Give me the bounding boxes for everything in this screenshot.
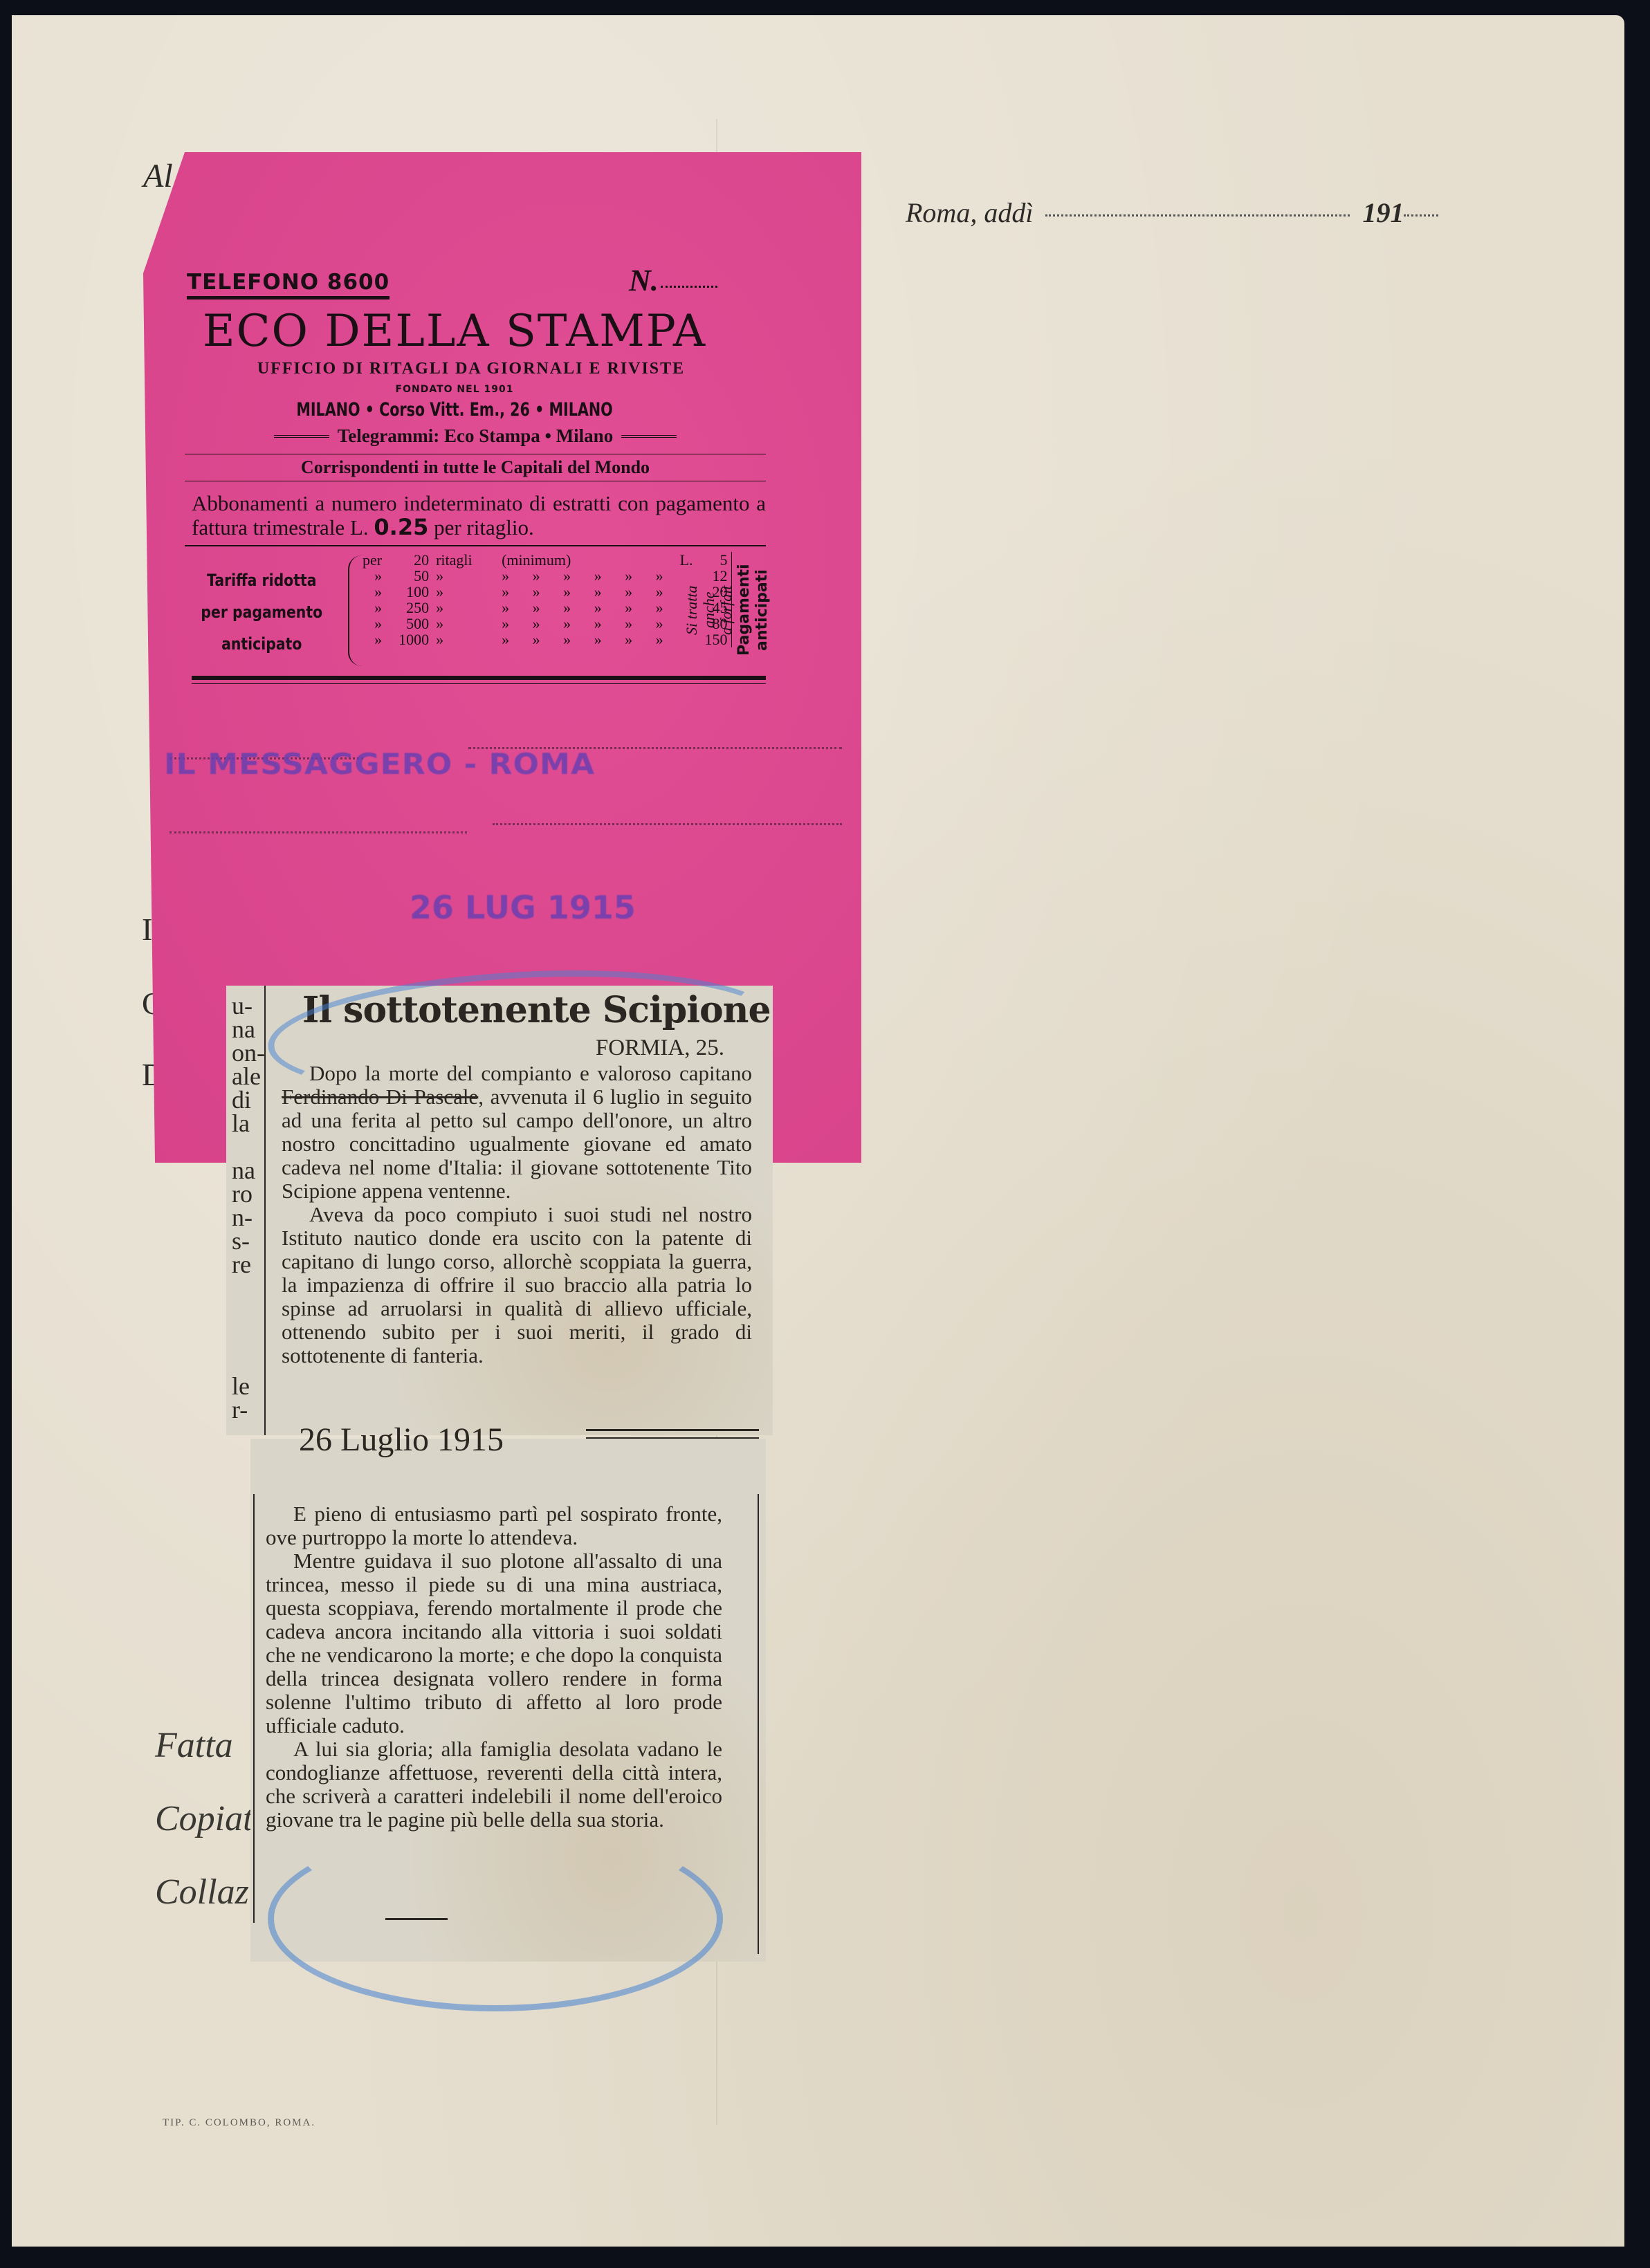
price-per-clipping: 0.25 — [374, 514, 428, 540]
number-label: N. — [629, 263, 659, 298]
divider — [185, 545, 766, 546]
rate-row: » 100 » » » » » » » 20 — [359, 584, 731, 600]
price-suffix: per ritaglio. — [434, 515, 534, 540]
telephone-number: TELEFONO 8600 — [187, 270, 389, 299]
rate-row: » 50 » » » » » » » 12 — [359, 568, 731, 584]
article-body: E pieno di entusiasmo partì pel sospirat… — [266, 1502, 722, 1832]
rate-note: (minimum) — [498, 552, 677, 568]
signature-label-fatta: Fatta — [155, 1725, 233, 1766]
rate-row: » 1000 » » » » » » » 150 — [359, 631, 731, 647]
blank-line — [169, 831, 467, 833]
date-line: Roma, addì 191 — [906, 196, 1438, 229]
article-body: Dopo la morte del compianto e valoroso c… — [282, 1062, 752, 1367]
rate-unit: » — [432, 584, 498, 600]
rate-quantity: 250 — [385, 600, 432, 616]
rate-label-line: per pagamento — [188, 596, 336, 628]
divider — [586, 1429, 759, 1431]
article-paragraph: A lui sia gloria; alla famiglia desolata… — [266, 1737, 722, 1832]
source-newspaper-stamp: IL MESSAGGERO - ROMA — [164, 747, 595, 781]
rate-row: » 250 » » » » » » » 45 — [359, 600, 731, 616]
rate-note: » » » » » » — [498, 568, 677, 584]
signature-label-collazionata: Collazi — [155, 1872, 259, 1912]
rate-quantity: 100 — [385, 584, 432, 600]
side-note-line: anche — [700, 552, 718, 668]
rate-unit: » — [432, 600, 498, 616]
addressee-label: Al — [143, 157, 173, 195]
rate-row: » 500 » » » » » » » 80 — [359, 616, 731, 631]
number-blank — [661, 286, 717, 288]
rate-prefix: » — [359, 568, 385, 584]
rate-row: per 20 ritagli (minimum) L. 5 — [359, 552, 731, 568]
rate-prefix: per — [359, 552, 385, 568]
rate-prefix: » — [359, 584, 385, 600]
side-note-line: Pagamenti — [735, 552, 753, 668]
issue-date: 26 Luglio 1915 — [299, 1421, 504, 1459]
fragment-text: la — [232, 1109, 250, 1138]
telegram-address: Telegrammi: Eco Stampa • Milano — [185, 425, 766, 447]
rate-quantity: 20 — [385, 552, 432, 568]
divider — [192, 683, 766, 684]
rate-quantity: 500 — [385, 616, 432, 631]
rate-note: » » » » » » — [498, 584, 677, 600]
fragment-text: re — [232, 1250, 251, 1279]
date-stamp: 26 LUG 1915 — [410, 889, 636, 926]
telegram-text: Telegrammi: Eco Stampa • Milano — [338, 425, 613, 446]
rate-quantity: 1000 — [385, 631, 432, 647]
rate-grid: per 20 ritagli (minimum) L. 5 » 50 » » »… — [359, 552, 732, 647]
rate-unit: » — [432, 616, 498, 631]
brand-subtitle: UFFICIO DI RITAGLI DA GIORNALI E RIVISTE — [181, 360, 762, 378]
newspaper-clipping-1: u- na on- ale di la na ro n- s- re le r-… — [226, 986, 773, 1435]
rate-note: » » » » » » — [498, 616, 677, 631]
year-prefix: 191 — [1362, 196, 1404, 229]
rate-prefix: » — [359, 600, 385, 616]
rate-unit: » — [432, 631, 498, 647]
article-paragraph: Mentre guidava il suo plotone all'assalt… — [266, 1549, 722, 1737]
side-note-line: a forfait — [717, 552, 735, 668]
rate-prefix: » — [359, 616, 385, 631]
brand-title: ECO DELLA STAMPA — [143, 306, 766, 357]
blank-line — [493, 823, 842, 825]
rate-prefix: » — [359, 631, 385, 647]
article-paragraph: Aveva da poco compiuto i suoi studi nel … — [282, 1203, 752, 1367]
blue-pencil-mark — [268, 1826, 723, 2011]
adjacent-column-fragment: u- na on- ale di la na ro n- s- re le r- — [226, 986, 266, 1435]
fragment-text: r- — [232, 1395, 248, 1424]
subscription-terms: Abbonamenti a numero indeterminato di es… — [192, 491, 766, 540]
column-rule — [253, 1494, 255, 1923]
rate-table: Tariffa ridotta per pagamento anticipato… — [185, 552, 766, 673]
founded-year: FONDATO NEL 1901 — [143, 384, 766, 395]
year-blank — [1404, 214, 1438, 216]
rate-unit: » — [432, 568, 498, 584]
newspaper-clipping-2: 26 Luglio 1915 E pieno di entusiasmo par… — [250, 1439, 766, 1962]
rate-unit: ritagli — [432, 552, 498, 568]
rate-note: » » » » » » — [498, 631, 677, 647]
rate-label-line: anticipato — [188, 628, 336, 660]
article-paragraph: E pieno di entusiasmo partì pel sospirat… — [266, 1502, 722, 1549]
rate-label: Tariffa ridotta per pagamento anticipato — [188, 564, 336, 660]
side-letter: I — [142, 911, 152, 948]
rate-quantity: 50 — [385, 568, 432, 584]
side-note-line: anticipati — [753, 552, 771, 668]
divider — [192, 676, 766, 680]
divider — [586, 1437, 759, 1439]
correspondents-line: Corrispondenti in tutte le Capitali del … — [185, 454, 766, 481]
printer-imprint: TIP. C. COLOMBO, ROMA. — [163, 2117, 315, 2129]
rate-note: » » » » » » — [498, 600, 677, 616]
date-label: Roma, addì — [906, 196, 1033, 229]
rate-label-line: Tariffa ridotta — [188, 564, 336, 596]
side-note-line: Si tratta — [683, 552, 701, 668]
date-blank — [1045, 214, 1350, 216]
column-rule — [758, 1494, 759, 1954]
office-address: MILANO • Corso Vitt. Em., 26 • MILANO — [190, 399, 719, 421]
